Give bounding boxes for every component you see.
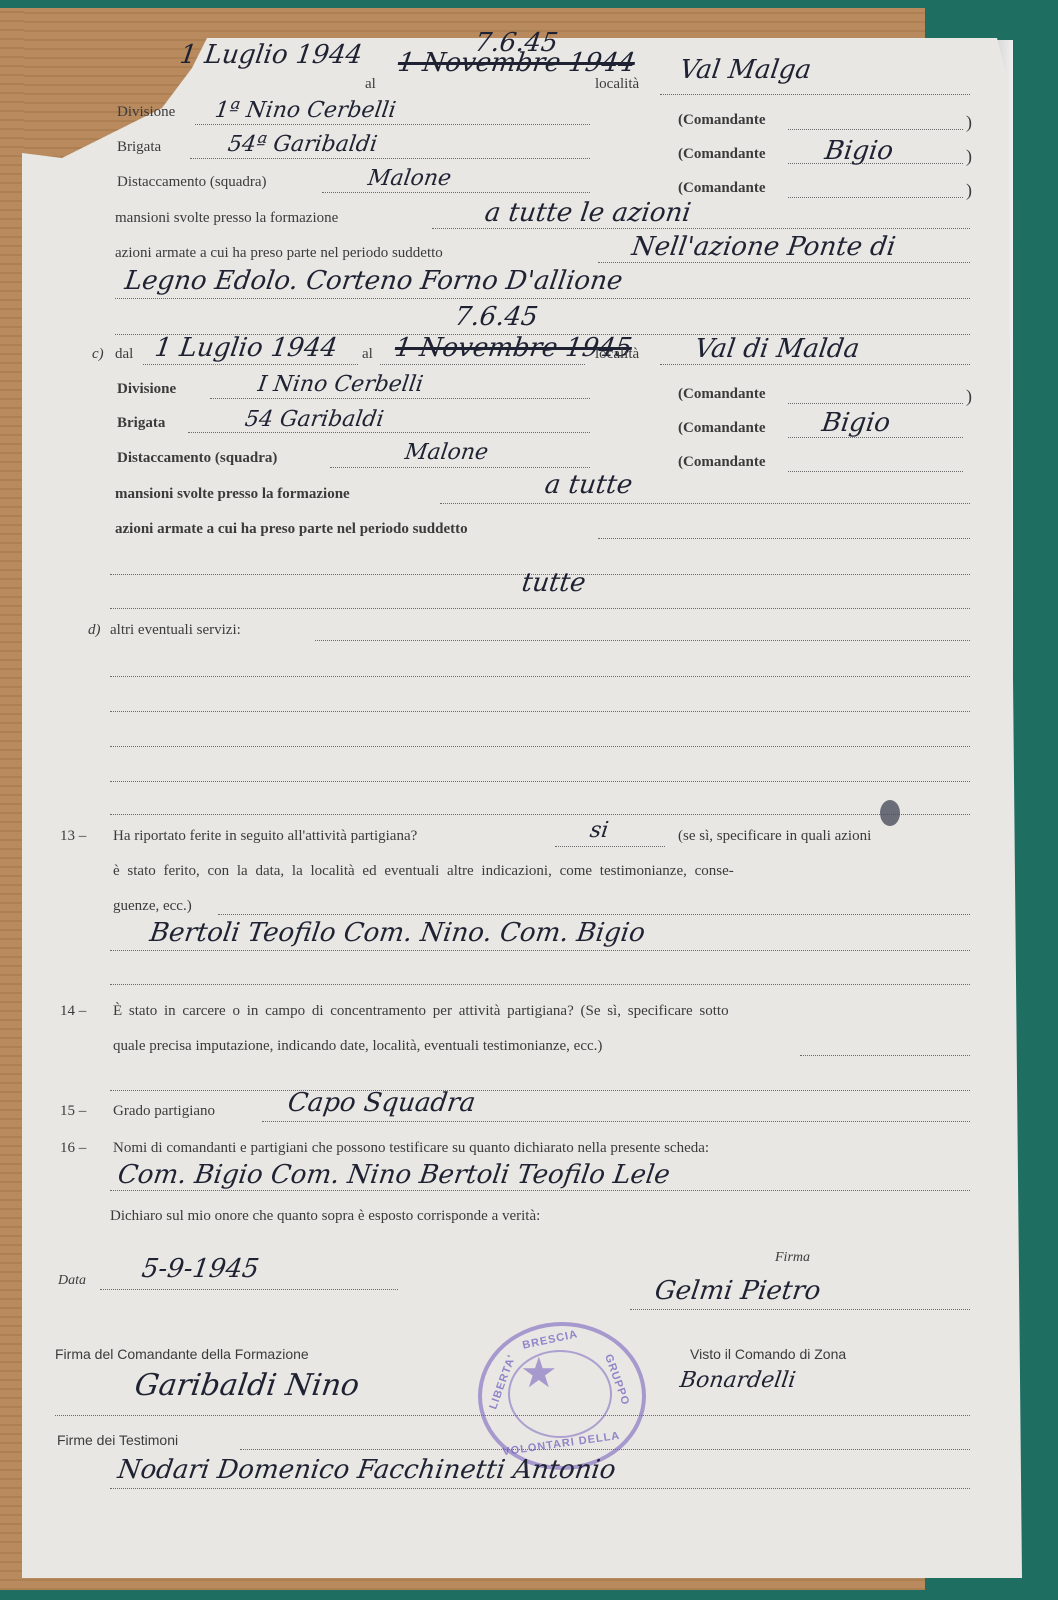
dotted-line	[190, 158, 590, 159]
data-value: 5-9-1945	[140, 1254, 261, 1284]
dotted-line	[110, 1090, 970, 1091]
dotted-line	[555, 846, 665, 847]
dotted-line	[110, 814, 970, 815]
dotted-line	[630, 1309, 970, 1310]
dotted-line	[788, 129, 963, 130]
q13-number: 13 –	[60, 828, 86, 845]
q13-text-1: Ha riportato ferite in seguito all'attiv…	[113, 828, 417, 845]
dotted-line	[598, 538, 970, 539]
b-brigata-comandante-label: (Comandante	[678, 146, 766, 163]
dotted-line	[380, 364, 585, 365]
firma-label: Firma	[775, 1250, 810, 1266]
dotted-line	[110, 1190, 970, 1191]
b-mansioni-label: mansioni svolte presso la formazione	[115, 210, 338, 227]
c-localita-value: Val di Malda	[693, 334, 861, 364]
d-marker: d)	[88, 622, 101, 639]
c-brigata-value: 54 Garibaldi	[243, 407, 385, 432]
dotted-line	[788, 403, 963, 404]
b-brigata-value: 54ª Garibaldi	[226, 132, 379, 157]
c-brigata-comandante-label: (Comandante	[678, 420, 766, 437]
b-distaccamento-value: Malone	[366, 166, 453, 191]
declaration-text: Dichiaro sul mio onore che quanto sopra …	[110, 1208, 540, 1225]
c-brigata-label: Brigata	[117, 415, 165, 432]
q14-text-1: È stato in carcere o in campo di concent…	[113, 1003, 729, 1020]
q14-text-2: quale precisa imputazione, indicando dat…	[113, 1038, 602, 1055]
b-divisione-value: 1ª Nino Cerbelli	[213, 98, 397, 123]
star-icon: ★	[520, 1348, 558, 1398]
q16-number: 16 –	[60, 1140, 86, 1157]
dotted-line	[110, 984, 970, 985]
q13-text-3: guenze, ecc.)	[113, 898, 192, 915]
dotted-line	[788, 197, 963, 198]
q13-text-2: è stato ferito, con la data, la località…	[113, 863, 734, 880]
b-al-label: al	[365, 76, 376, 93]
q14-number: 14 –	[60, 1003, 86, 1020]
b-distaccamento-comandante-label: (Comandante	[678, 180, 766, 197]
c-distaccamento-label: Distaccamento (squadra)	[117, 450, 277, 467]
wooden-board-left	[0, 8, 24, 1588]
dotted-line	[660, 364, 970, 365]
c-divisione-comandante-label: (Comandante	[678, 386, 766, 403]
c-marker: c)	[92, 346, 104, 363]
data-label: Data	[58, 1273, 86, 1289]
b-localita-value: Val Malga	[678, 55, 813, 85]
q13-value: Bertoli Teofilo Com. Nino. Com. Bigio	[148, 918, 647, 948]
q16-label: Nomi di comandanti e partigiani che poss…	[113, 1140, 709, 1157]
c-dal-value: 1 Luglio 1944	[153, 333, 339, 363]
dotted-line	[315, 640, 970, 641]
q15-number: 15 –	[60, 1103, 86, 1120]
comando-zona-signature: Bonardelli	[678, 1368, 797, 1393]
d-label: altri eventuali servizi:	[110, 622, 241, 639]
dotted-line	[195, 124, 590, 125]
comando-zona-label: Visto il Comando di Zona	[690, 1346, 846, 1362]
b-dal-value: 1 Luglio 1944	[178, 40, 364, 70]
c-al-correction: 7.6.45	[453, 302, 540, 332]
b-brigata-comandante-value: Bigio	[823, 136, 895, 166]
testimoni-label: Firme dei Testimoni	[57, 1432, 178, 1448]
b-distaccamento-label: Distaccamento (squadra)	[117, 174, 267, 191]
q15-value: Capo Squadra	[286, 1088, 477, 1118]
c-mansioni-value: a tutte	[543, 470, 634, 500]
dotted-line	[110, 608, 970, 609]
c-mansioni-label: mansioni svolte presso la formazione	[115, 486, 350, 503]
dotted-line	[598, 262, 970, 263]
b-localita-label: località	[595, 76, 639, 93]
dotted-line	[330, 467, 590, 468]
dotted-line	[800, 1055, 970, 1056]
c-brigata-comandante-value: Bigio	[820, 408, 892, 438]
dotted-line	[100, 1289, 398, 1290]
dotted-line	[110, 746, 970, 747]
b-azioni-value-1: Nell'azione Ponte di	[630, 232, 898, 262]
dotted-line	[110, 950, 970, 951]
q16-value: Com. Bigio Com. Nino Bertoli Teofilo Lel…	[116, 1160, 672, 1190]
dotted-line	[110, 781, 970, 782]
formation-stamp: ★ BRESCIA LIBERTA' GRUPPO VOLONTARI DELL…	[478, 1322, 646, 1470]
dotted-line	[262, 1121, 970, 1122]
b-al-correction: 7.6.45	[473, 28, 560, 58]
b-divisione-label: Divisione	[117, 104, 175, 121]
ink-blot	[880, 800, 900, 826]
b-divisione-comandante-label: (Comandante	[678, 112, 766, 129]
b-azioni-label: azioni armate a cui ha preso parte nel p…	[115, 245, 443, 262]
c-distaccamento-value: Malone	[403, 440, 490, 465]
firma-value: Gelmi Pietro	[653, 1276, 823, 1306]
c-localita-label: località	[595, 346, 639, 363]
dotted-line	[218, 914, 970, 915]
dotted-line	[110, 711, 970, 712]
c-azioni-label: azioni armate a cui ha preso parte nel p…	[115, 521, 468, 538]
dotted-line	[210, 398, 590, 399]
c-distaccamento-comandante-label: (Comandante	[678, 454, 766, 471]
dotted-line	[788, 471, 963, 472]
b-mansioni-value: a tutte le azioni	[483, 198, 693, 228]
c-divisione-label: Divisione	[117, 381, 176, 398]
comandante-formazione-signature: Garibaldi Nino	[133, 1368, 362, 1403]
dotted-line	[188, 432, 590, 433]
b-azioni-value-2: Legno Edolo. Corteno Forno D'allione	[123, 266, 625, 296]
dotted-line	[143, 364, 358, 365]
c-divisione-value: I Nino Cerbelli	[256, 372, 424, 397]
dotted-line	[240, 1449, 970, 1450]
dotted-line	[110, 676, 970, 677]
testimoni-value: Nodari Domenico Facchinetti Antonio	[116, 1455, 618, 1485]
q15-label: Grado partigiano	[113, 1103, 215, 1120]
dotted-line	[110, 1488, 970, 1489]
b-brigata-label: Brigata	[117, 139, 161, 156]
comandante-formazione-label: Firma del Comandante della Formazione	[55, 1346, 309, 1362]
dotted-line	[440, 503, 970, 504]
dotted-line	[432, 228, 970, 229]
dotted-line	[322, 192, 590, 193]
c-dal-label: dal	[115, 346, 133, 363]
c-azioni-value: tutte	[520, 568, 588, 598]
dotted-line	[660, 94, 970, 95]
q13-answer: si	[588, 818, 610, 843]
c-al-label: al	[362, 346, 373, 363]
dotted-line	[115, 298, 970, 299]
q13-text-1b: (se sì, specificare in quali azioni	[678, 828, 871, 845]
